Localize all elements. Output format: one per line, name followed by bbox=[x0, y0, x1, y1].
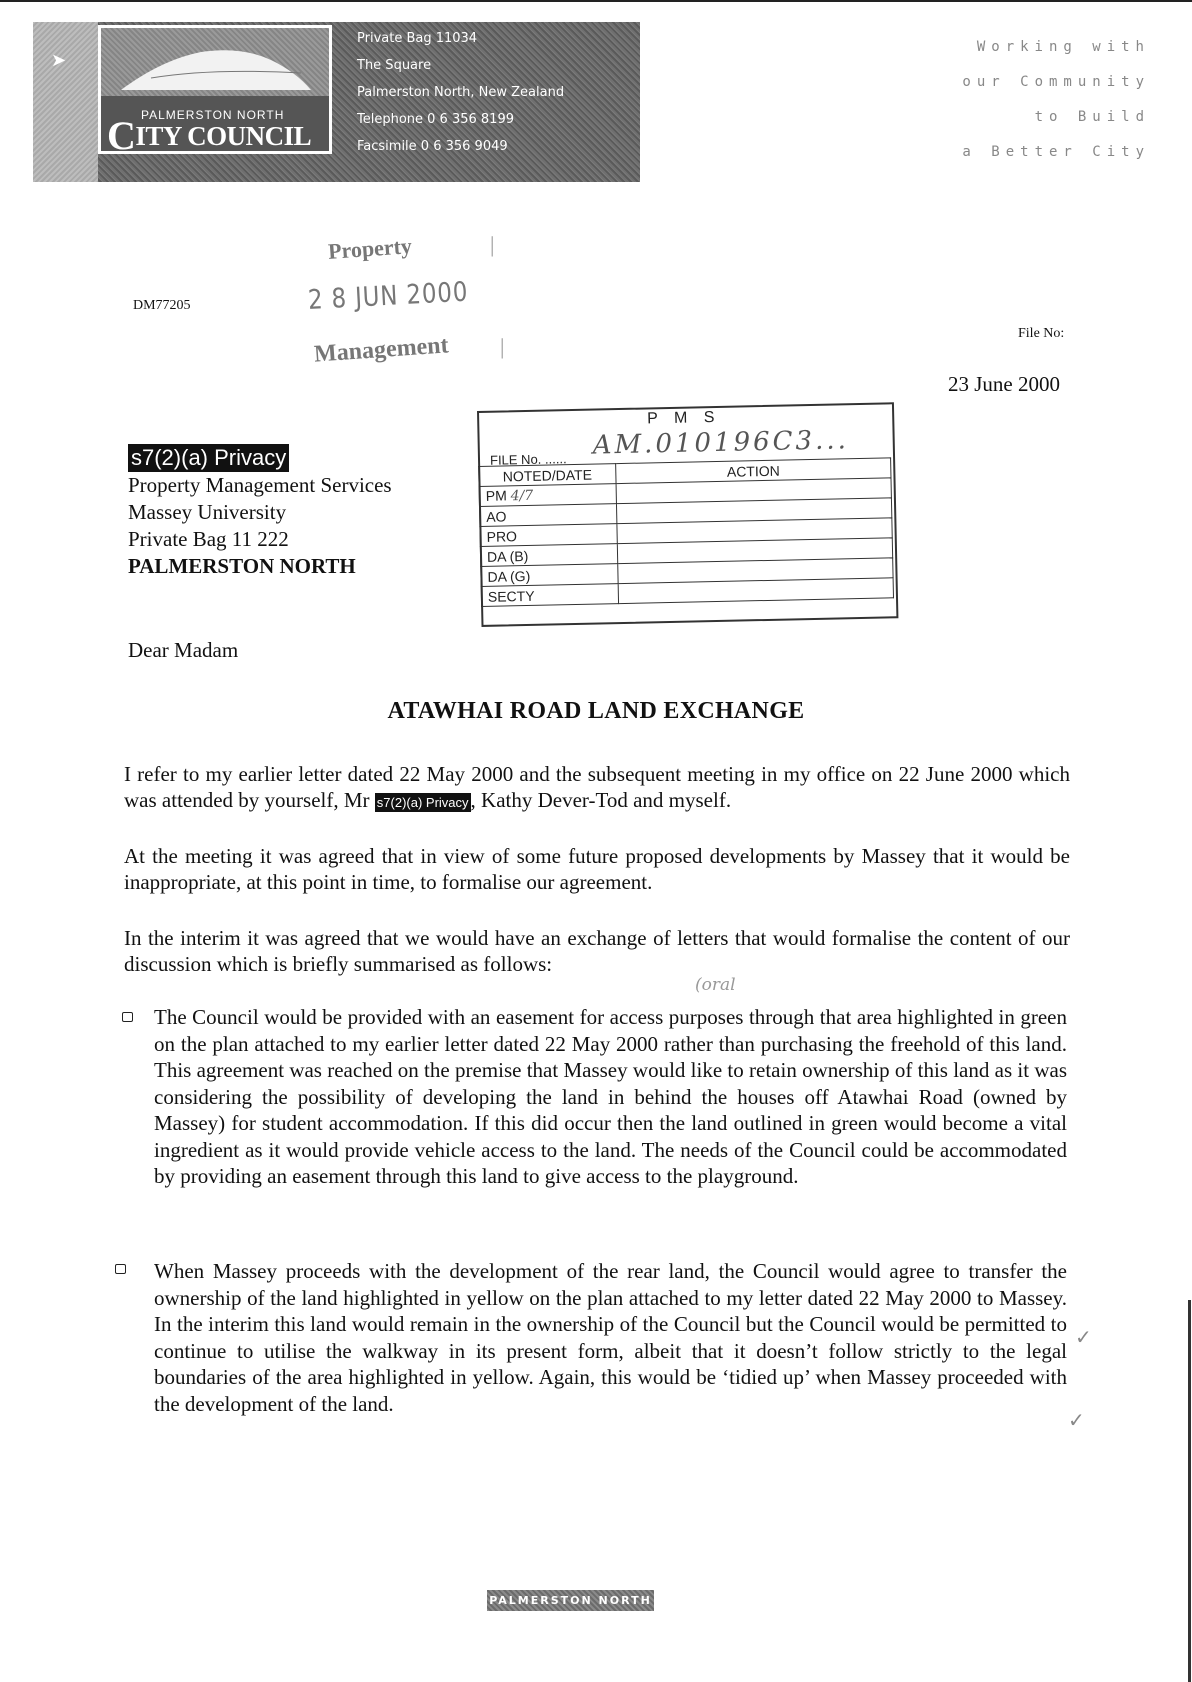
redacted-name: s7(2)(a) Privacy bbox=[128, 444, 289, 472]
motto: Working with our Community to Build a Be… bbox=[962, 30, 1150, 170]
document-reference: DM77205 bbox=[133, 298, 191, 314]
handwritten-initials: 4/7 bbox=[511, 488, 534, 504]
routing-row-label: SECTY bbox=[481, 584, 618, 607]
checkmark-icon: ✓ bbox=[1068, 1408, 1085, 1433]
telephone: Telephone 0 6 356 8199 bbox=[357, 106, 564, 133]
routing-file-number: AM.010196C3... bbox=[592, 425, 849, 460]
letter-date: 23 June 2000 bbox=[948, 372, 1060, 397]
received-stamp-bottom: Management bbox=[313, 332, 449, 368]
logo-council-name: CITY COUNCIL bbox=[107, 112, 311, 154]
letterhead: ➤ PALMERSTON NORTH CITY COUNCIL Private … bbox=[33, 22, 640, 182]
address-line: Palmerston North, New Zealand bbox=[357, 79, 564, 106]
addressee-line: Property Management Services bbox=[128, 472, 392, 499]
letterhead-side-strip: ➤ bbox=[33, 22, 98, 182]
addressee-line: Massey University bbox=[128, 499, 392, 526]
stamp-bracket-mark: | bbox=[490, 232, 494, 258]
letterhead-address: Private Bag 11034 The Square Palmerston … bbox=[357, 25, 564, 160]
mountain-icon bbox=[121, 40, 311, 95]
arrow-icon: ➤ bbox=[51, 50, 66, 71]
subject-heading: ATAWHAI ROAD LAND EXCHANGE bbox=[0, 698, 1192, 725]
motto-line: Working with bbox=[962, 30, 1150, 65]
checkmark-icon: ✓ bbox=[1075, 1325, 1092, 1350]
address-line: Private Bag 11034 bbox=[357, 25, 564, 52]
paragraph-2: At the meeting it was agreed that in vie… bbox=[124, 843, 1070, 895]
checkbox-bullet-icon bbox=[122, 1012, 133, 1022]
paragraph-1: I refer to my earlier letter dated 22 Ma… bbox=[124, 761, 1070, 816]
stamp-bracket-mark: | bbox=[500, 334, 504, 360]
addressee-block: s7(2)(a) Privacy Property Management Ser… bbox=[128, 444, 392, 580]
redacted-name: s7(2)(a) Privacy bbox=[375, 793, 471, 812]
checkbox-bullet-icon bbox=[115, 1264, 126, 1274]
bullet-item-2: When Massey proceeds with the developmen… bbox=[154, 1258, 1067, 1417]
page-right-border bbox=[1188, 1300, 1191, 1682]
routing-stamp-title: P M S bbox=[647, 409, 721, 429]
footer-badge: PALMERSTON NORTH bbox=[487, 1590, 654, 1611]
file-no-label: File No: bbox=[1018, 326, 1064, 342]
facsimile: Facsimile 0 6 356 9049 bbox=[357, 133, 564, 160]
routing-stamp: P M S FILE No. ...... AM.010196C3... NOT… bbox=[477, 402, 896, 625]
routing-row-label: PM bbox=[486, 487, 507, 503]
received-stamp-top: Property bbox=[327, 233, 413, 265]
routing-table: NOTED/DATE ACTION PM 4/7 AO PRO DA (B) D… bbox=[478, 457, 894, 607]
handwritten-annotation: (oral bbox=[695, 975, 736, 995]
paragraph-3: In the interim it was agreed that we wou… bbox=[124, 925, 1070, 977]
addressee-line: Private Bag 11 222 bbox=[128, 526, 392, 553]
motto-line: our Community bbox=[962, 65, 1150, 100]
motto-line: to Build bbox=[962, 100, 1150, 135]
motto-line: a Better City bbox=[962, 135, 1150, 170]
page-top-border bbox=[0, 0, 1192, 2]
bullet-item-1: The Council would be provided with an ea… bbox=[154, 1004, 1067, 1190]
received-stamp-date: 2 8 JUN 2000 bbox=[307, 277, 469, 316]
addressee-city: PALMERSTON NORTH bbox=[128, 553, 392, 580]
address-line: The Square bbox=[357, 52, 564, 79]
council-logo: PALMERSTON NORTH CITY COUNCIL bbox=[98, 25, 332, 154]
salutation: Dear Madam bbox=[128, 638, 238, 663]
